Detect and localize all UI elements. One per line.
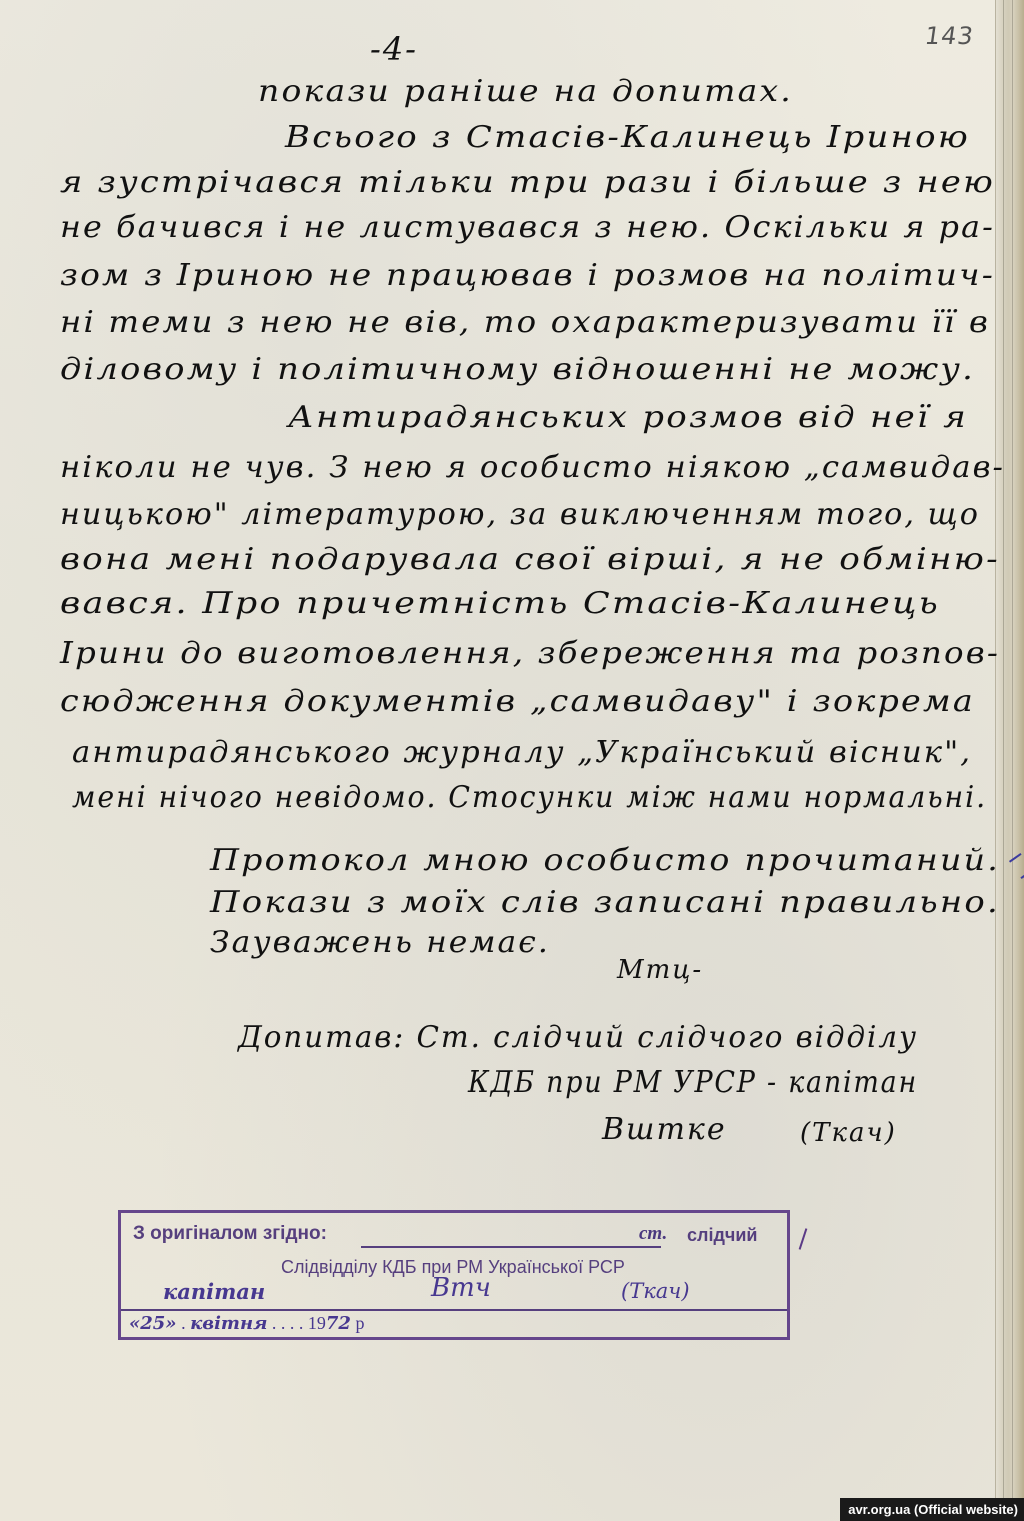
handwritten-line: ніколи не чув. З нею я особисто ніякою „…	[60, 450, 1005, 485]
witness-signature: Мтц-	[617, 955, 703, 985]
handwritten-line: вався. Про причетність Стасів-Калинець	[60, 586, 940, 621]
handwritten-line: Антирадянських розмов від неї я	[288, 400, 968, 435]
certification-line: Покази з моїх слів записані правильно.	[210, 885, 1000, 920]
handwritten-line: не бачився і не листувався з нею. Оскіль…	[60, 210, 995, 245]
interrogator-name: (Ткач)	[800, 1118, 897, 1148]
handwritten-line: Всього з Стасів-Калинець Іриною	[285, 120, 970, 155]
interrogator-signature: Вшткe	[602, 1112, 727, 1147]
stamp-role: слідчий	[687, 1225, 757, 1246]
handwritten-line: мені нічого невідомо. Стосунки між нами …	[72, 780, 987, 815]
handwritten-line: ницькою" літературою, за виключенням тог…	[60, 497, 980, 532]
stamp-date-year-hand: 72	[326, 1313, 351, 1334]
sheet-number: -4-	[370, 30, 418, 68]
stamp-date-day: «25»	[129, 1313, 177, 1334]
handwritten-line: сюдження документів „самвидаву" і зокрем…	[60, 684, 975, 719]
stamp-rank: капітан	[163, 1279, 265, 1304]
archive-page-number: 143	[923, 22, 976, 50]
certification-line: Зауважень немає.	[210, 925, 550, 960]
handwritten-line: антирадянського журналу „Український віс…	[72, 735, 972, 770]
stamp-label: З оригіналом згідно:	[133, 1223, 327, 1245]
handwritten-line: покази раніше на допитах.	[258, 74, 793, 109]
handwritten-line: Ірини до виготовлення, збереження та роз…	[60, 636, 1000, 671]
interrogator-line: Допитав: Ст. слідчий слідчого відділу	[238, 1020, 918, 1055]
stamp-name: (Ткач)	[621, 1279, 690, 1303]
certification-stamp: З оригіналом згідно: ст. слідчий Слідвід…	[118, 1210, 790, 1340]
handwritten-line: ні теми з нею не вів, то охарактеризуват…	[60, 305, 990, 340]
stamp-date-suffix: р	[355, 1313, 364, 1333]
certification-line: Протокол мною особисто прочитаний.	[210, 843, 1000, 878]
stamp-date: «25» . квітня . . . . 1972 р	[129, 1313, 364, 1334]
handwritten-line: зом з Іриною не працював і розмов на пол…	[60, 258, 995, 293]
interrogator-line: КДБ при РМ УРСР - капітан	[468, 1065, 918, 1100]
handwritten-line: я зустрічався тільки три рази і більше з…	[60, 165, 995, 200]
stamp-divider	[121, 1309, 787, 1311]
handwritten-line: діловому і політичному відношенні не мож…	[60, 352, 975, 387]
page-edge	[995, 0, 1024, 1521]
source-watermark: avr.org.ua (Official website)	[840, 1498, 1024, 1521]
stamp-signature-line	[361, 1246, 661, 1248]
stamp-date-month: квітня	[190, 1313, 267, 1334]
stamp-signature: Втч	[431, 1273, 491, 1303]
stamp-abbr: ст.	[639, 1223, 667, 1245]
handwritten-line: вона мені подарувала свої вірші, я не об…	[60, 542, 1000, 577]
stamp-date-year-prefix: 19	[308, 1313, 326, 1333]
